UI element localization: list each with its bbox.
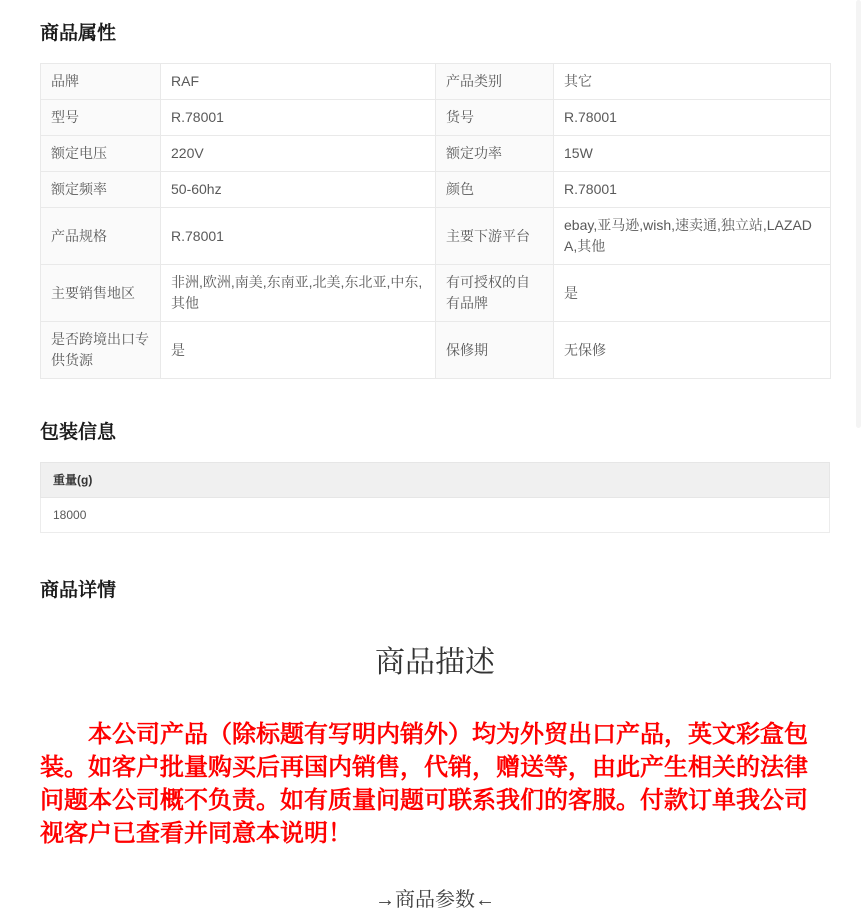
attribute-value: R.78001 xyxy=(554,100,831,136)
packaging-section: 包装信息 重量(g) 18000 xyxy=(40,419,830,533)
attribute-label: 颜色 xyxy=(436,172,554,208)
attribute-row: 产品规格 R.78001 主要下游平台 ebay,亚马逊,wish,速卖通,独立… xyxy=(41,208,831,265)
attribute-value: 15W xyxy=(554,136,831,172)
details-section-title: 商品详情 xyxy=(40,577,830,604)
attribute-label: 额定电压 xyxy=(41,136,161,172)
attribute-value: 50-60hz xyxy=(161,172,436,208)
attribute-label: 主要销售地区 xyxy=(41,265,161,322)
attribute-label: 货号 xyxy=(436,100,554,136)
attribute-label: 额定频率 xyxy=(41,172,161,208)
attribute-label: 产品规格 xyxy=(41,208,161,265)
attribute-label: 品牌 xyxy=(41,64,161,100)
packaging-header-row: 重量(g) xyxy=(41,463,830,498)
attribute-row: 型号 R.78001 货号 R.78001 xyxy=(41,100,831,136)
attribute-value: 是 xyxy=(161,322,436,379)
product-detail-page: 商品属性 品牌 RAF 产品类别 其它 型号 R.78001 货号 R.7800… xyxy=(0,0,861,918)
attribute-value: R.78001 xyxy=(161,100,436,136)
attribute-value: 是 xyxy=(554,265,831,322)
details-section: 商品详情 商品描述 本公司产品（除标题有写明内销外）均为外贸出口产品，英文彩盒包… xyxy=(40,577,830,914)
attribute-value: R.78001 xyxy=(554,172,831,208)
attribute-label: 额定功率 xyxy=(436,136,554,172)
attribute-label: 主要下游平台 xyxy=(436,208,554,265)
attributes-section: 商品属性 品牌 RAF 产品类别 其它 型号 R.78001 货号 R.7800… xyxy=(40,20,830,379)
attribute-value: R.78001 xyxy=(161,208,436,265)
attribute-row: 是否跨境出口专供货源 是 保修期 无保修 xyxy=(41,322,831,379)
packaging-value-row: 18000 xyxy=(41,498,830,533)
attribute-value: 无保修 xyxy=(554,322,831,379)
attribute-value: 220V xyxy=(161,136,436,172)
attribute-row: 品牌 RAF 产品类别 其它 xyxy=(41,64,831,100)
attribute-label: 产品类别 xyxy=(436,64,554,100)
attribute-value: ebay,亚马逊,wish,速卖通,独立站,LAZADA,其他 xyxy=(554,208,831,265)
packaging-section-title: 包装信息 xyxy=(40,419,830,446)
attribute-row: 额定电压 220V 额定功率 15W xyxy=(41,136,831,172)
attribute-label: 有可授权的自有品牌 xyxy=(436,265,554,322)
weight-value: 18000 xyxy=(41,498,830,533)
attribute-value: 非洲,欧洲,南美,东南亚,北美,东北亚,中东,其他 xyxy=(161,265,436,322)
product-disclaimer: 本公司产品（除标题有写明内销外）均为外贸出口产品，英文彩盒包装。如客户批量购买后… xyxy=(40,718,810,850)
product-params-nav: →商品参数← xyxy=(40,886,830,914)
description-title: 商品描述 xyxy=(40,642,830,684)
attribute-label: 是否跨境出口专供货源 xyxy=(41,322,161,379)
attribute-label: 保修期 xyxy=(436,322,554,379)
attributes-section-title: 商品属性 xyxy=(40,20,830,47)
attribute-value: 其它 xyxy=(554,64,831,100)
weight-header: 重量(g) xyxy=(41,463,830,498)
attribute-value: RAF xyxy=(161,64,436,100)
attribute-row: 额定频率 50-60hz 颜色 R.78001 xyxy=(41,172,831,208)
scrollbar-thumb[interactable] xyxy=(856,0,861,428)
attributes-table: 品牌 RAF 产品类别 其它 型号 R.78001 货号 R.78001 额定电… xyxy=(40,63,831,379)
attribute-label: 型号 xyxy=(41,100,161,136)
packaging-table: 重量(g) 18000 xyxy=(40,462,830,533)
attribute-row: 主要销售地区 非洲,欧洲,南美,东南亚,北美,东北亚,中东,其他 有可授权的自有… xyxy=(41,265,831,322)
